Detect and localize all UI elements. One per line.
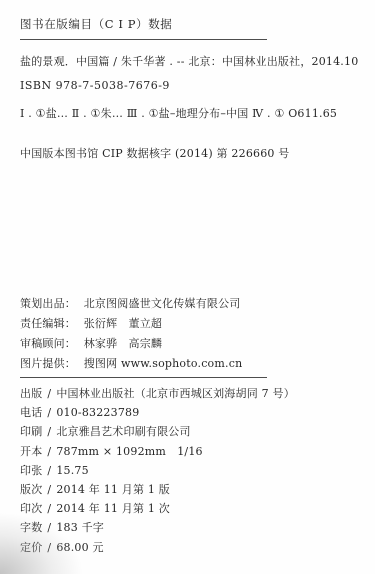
pub-label: 开本 <box>20 445 42 458</box>
publication-block: 出版/中国林业出版社（北京市西城区刘海胡同 7 号） 电话/010-832237… <box>20 387 355 555</box>
pub-row-publisher: 出版/中国林业出版社（北京市西城区刘海胡同 7 号） <box>20 387 355 401</box>
pub-label: 印次 <box>20 502 42 515</box>
credit-value: 林家骅 高宗麟 <box>84 337 162 350</box>
pub-separator: / <box>47 464 51 477</box>
pub-separator: / <box>47 387 51 400</box>
pub-separator: / <box>47 406 51 419</box>
pub-row-sheets: 印张/15.75 <box>20 464 355 478</box>
isbn-line: ISBN 978-7-5038-7676-9 <box>20 79 355 93</box>
divider-top <box>20 39 267 40</box>
pub-separator: / <box>47 541 51 554</box>
pub-separator: / <box>47 483 51 496</box>
pub-separator: / <box>47 521 51 534</box>
pub-row-edition: 版次/2014 年 11 月第 1 版 <box>20 483 355 497</box>
pub-label: 版次 <box>20 483 42 496</box>
credit-row-reviewer: 审稿顾问： 林家骅 高宗麟 <box>20 337 355 351</box>
pub-value: 787mm × 1092mm 1/16 <box>56 445 202 458</box>
pub-label: 出版 <box>20 387 42 400</box>
copyright-page: 图书在版编目（C I P）数据 盐的景观．中国篇 / 朱千华著 . -- 北京：… <box>0 0 375 574</box>
cip-title-line: 盐的景观．中国篇 / 朱千华著 . -- 北京：中国林业出版社，2014.10 <box>20 55 355 69</box>
pub-row-wordcount: 字数/183 千字 <box>20 521 355 535</box>
credit-value: 北京图阅盛世文化传媒有限公司 <box>84 297 241 310</box>
credit-row-editor: 责任编辑： 张衍辉 董立超 <box>20 317 355 331</box>
cip-block: 图书在版编目（C I P）数据 盐的景观．中国篇 / 朱千华著 . -- 北京：… <box>20 17 355 161</box>
pub-label: 字数 <box>20 521 42 534</box>
pub-row-format: 开本/787mm × 1092mm 1/16 <box>20 445 355 459</box>
pub-row-price: 定价/68.00 元 <box>20 541 355 555</box>
credit-label: 责任编辑： <box>20 317 76 330</box>
pub-row-impression: 印次/2014 年 11 月第 1 次 <box>20 502 355 516</box>
pub-label: 定价 <box>20 541 42 554</box>
pub-value: 中国林业出版社（北京市西城区刘海胡同 7 号） <box>56 387 295 400</box>
pub-value: 2014 年 11 月第 1 次 <box>56 502 170 515</box>
pub-separator: / <box>47 502 51 515</box>
pub-label: 印张 <box>20 464 42 477</box>
pub-separator: / <box>47 425 51 438</box>
pub-label: 电话 <box>20 406 42 419</box>
pub-separator: / <box>47 445 51 458</box>
pub-value: 010-83223789 <box>56 406 139 419</box>
pub-value: 15.75 <box>56 464 89 477</box>
divider-middle <box>20 377 267 378</box>
pub-value: 68.00 元 <box>56 541 103 554</box>
credits-block: 策划出品： 北京图阅盛世文化传媒有限公司 责任编辑： 张衍辉 董立超 审稿顾问：… <box>20 297 355 371</box>
classification-line: Ⅰ . ①盐… Ⅱ . ①朱… Ⅲ . ①盐–地理分布–中国 Ⅳ . ① O61… <box>20 107 355 121</box>
credit-label: 图片提供： <box>20 357 76 370</box>
pub-label: 印刷 <box>20 425 42 438</box>
pub-value: 183 千字 <box>56 521 104 534</box>
pub-row-phone: 电话/010-83223789 <box>20 406 355 420</box>
cip-header: 图书在版编目（C I P）数据 <box>20 17 355 31</box>
credit-label: 策划出品： <box>20 297 76 310</box>
credit-value: 张衍辉 董立超 <box>84 317 162 330</box>
pub-value: 北京雅昌艺术印刷有限公司 <box>56 425 190 438</box>
cip-record-number-line: 中国版本图书馆 CIP 数据核字 (2014) 第 226660 号 <box>20 147 355 161</box>
credit-label: 审稿顾问： <box>20 337 76 350</box>
pub-value: 2014 年 11 月第 1 版 <box>56 483 170 496</box>
pub-row-printer: 印刷/北京雅昌艺术印刷有限公司 <box>20 425 355 439</box>
credit-value: 搜图网 www.sophoto.com.cn <box>84 357 243 370</box>
credit-row-photo-provider: 图片提供： 搜图网 www.sophoto.com.cn <box>20 357 355 371</box>
credit-row-producer: 策划出品： 北京图阅盛世文化传媒有限公司 <box>20 297 355 311</box>
